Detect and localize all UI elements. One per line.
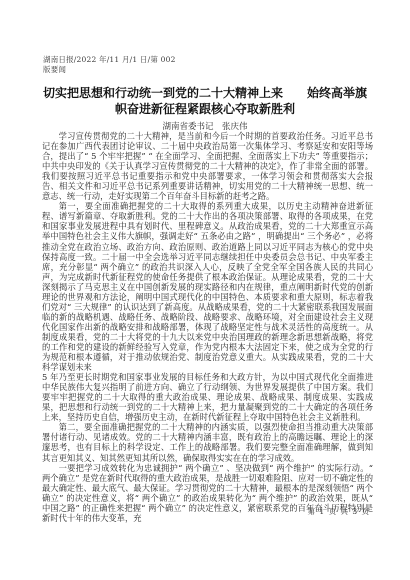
masthead-section-line: 版要闻 xyxy=(43,65,176,75)
article-title-line-1: 切实把思想和行动统一到党的二十大精神上来 始终高举旗 xyxy=(30,85,380,101)
document-page: 湖南日报/2022 年/11 月/1 日/第 002 版要闻 切实把思想和行动统… xyxy=(0,0,410,580)
body-paragraph: 第一，要全面准确把握党的二十大取得的系列重大成果，以历史主动精神奋进新征程、谱写… xyxy=(42,201,373,372)
masthead: 湖南日报/2022 年/11 月/1 日/第 002 版要闻 xyxy=(43,55,176,74)
page-number: 第 1 页 共 3 页 xyxy=(308,506,370,517)
body-paragraph: 第二，要全面准确把握党的二十大精神的内涵实质，以强烈使命担当推动重大决策部署付诸… xyxy=(42,422,373,462)
masthead-source-line: 湖南日报/2022 年/11 月/1 日/第 002 xyxy=(43,55,176,65)
article-title: 切实把思想和行动统一到党的二十大精神上来 始终高举旗 帜奋进新征程紧跟核心夺取新… xyxy=(30,85,380,117)
article-body: 学习宣传贯彻党的二十大精神，是当前和今后一个时期的首要政治任务。习近平总书记在参… xyxy=(42,131,373,523)
body-paragraph-continuation: 5 年乃至更长时期党和国家事业发展的目标任务和大政方针，为以中国式现代化全面推进… xyxy=(42,372,373,422)
body-paragraph: 学习宣传贯彻党的二十大精神，是当前和今后一个时期的首要政治任务。习近平总书记在参… xyxy=(42,131,373,201)
article-title-line-2: 帜奋进新征程紧跟核心夺取新胜利 xyxy=(30,101,380,117)
